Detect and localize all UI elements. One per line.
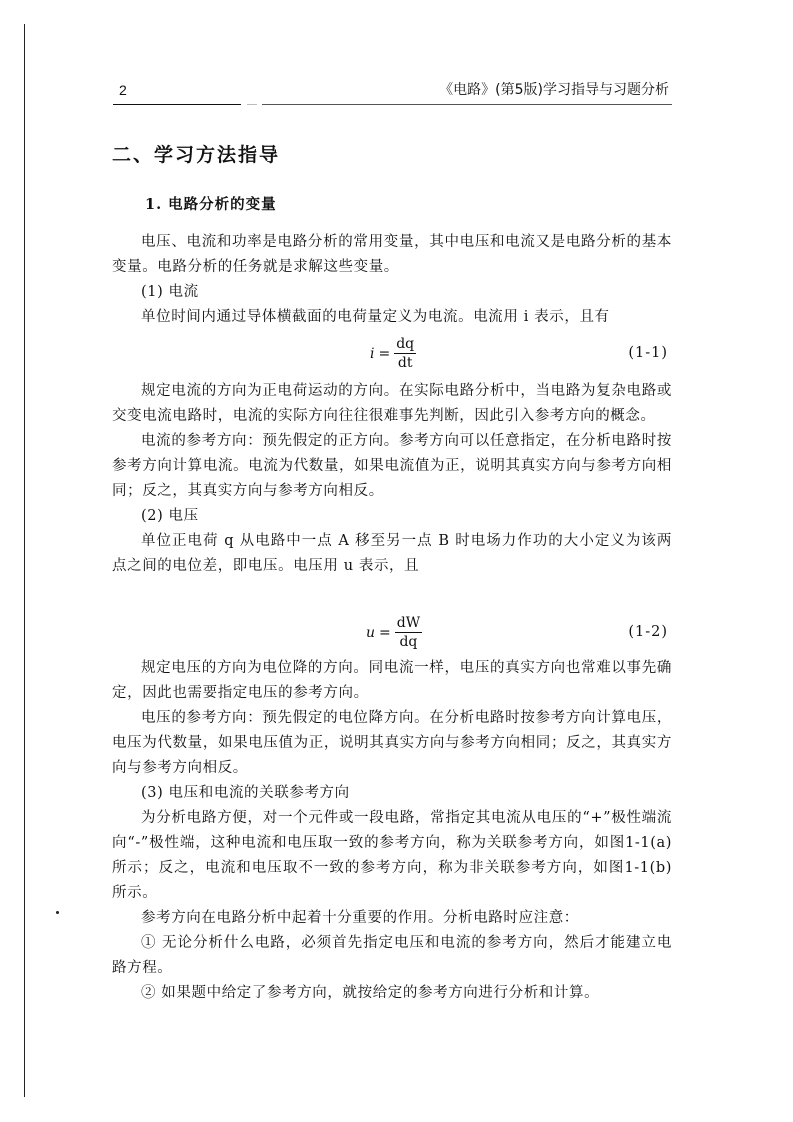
voltage-reference-paragraph: 电压的参考方向：预先假定的电位降方向。在分析电路时按参考方向计算电压，电压为代数… [112,706,672,781]
header-rule [262,104,672,105]
associated-label: (3) 电压和电流的关联参考方向 [112,781,672,806]
equation-body: i = dq dt [370,335,416,372]
note-1: ① 无论分析什么电路，必须首先指定电压和电流的参考方向，然后才能建立电路方程。 [112,931,672,981]
importance-paragraph: 参考方向在电路分析中起着十分重要的作用。分析电路时应注意： [112,906,672,931]
current-direction-paragraph: 规定电流的方向为正电荷运动的方向。在实际电路分析中，当电路为复杂电路或交变电流电… [112,379,672,429]
equation-1-2: u = dW dq (1-2) [112,612,672,656]
fraction-denominator: dq [397,633,419,651]
fraction: dq dt [394,335,416,372]
text-block-current: 电压、电流和功率是电路分析的常用变量，其中电压和电流又是电路分析的基本变量。电路… [112,230,672,330]
note-2: ② 如果题中给定了参考方向，就按给定的参考方向进行分析和计算。 [112,981,672,1006]
voltage-label: (2) 电压 [112,504,672,529]
fraction-numerator: dW [395,614,422,633]
equation-lhs: u [366,625,375,641]
page-number: 2 [119,82,127,98]
current-definition: 单位时间内通过导体横截面的电荷量定义为电流。电流用 i 表示，且有 [112,305,672,330]
fraction: dW dq [395,614,422,651]
page-margin-line [24,24,25,1097]
scan-speck [56,911,59,914]
text-block-voltage-direction: 规定电压的方向为电位降的方向。同电流一样，电压的真实方向也常难以事先确定，因此也… [112,656,672,1006]
equation-equals: = [378,346,390,362]
current-label: (1) 电流 [112,280,672,305]
fraction-denominator: dt [396,354,415,372]
associated-definition: 为分析电路方便，对一个元件或一段电路，常指定其电流从电压的“+”极性端流向“-”… [112,806,672,906]
intro-paragraph: 电压、电流和功率是电路分析的常用变量，其中电压和电流又是电路分析的基本变量。电路… [112,230,672,280]
equation-number: (1-2) [628,624,668,640]
equation-lhs: i [370,346,374,362]
equation-body: u = dW dq [366,614,422,651]
current-reference-paragraph: 电流的参考方向：预先假定的正方向。参考方向可以任意指定，在分析电路时按参考方向计… [112,429,672,504]
running-head: 《电路》(第5版)学习指导与习题分析 [439,79,669,99]
equation-number: (1-1) [628,345,668,361]
fraction-numerator: dq [394,335,416,354]
header-rule [113,104,241,105]
section-title: 二、学习方法指导 [112,140,280,167]
header-rule-fragment [247,104,257,105]
voltage-definition: 单位正电荷 q 从电路中一点 A 移至另一点 B 时电场力作功的大小定义为该两点… [112,529,672,579]
voltage-direction-paragraph: 规定电压的方向为电位降的方向。同电流一样，电压的真实方向也常难以事先确定，因此也… [112,656,672,706]
equation-equals: = [379,625,391,641]
subsection-title: 1. 电路分析的变量 [145,193,277,214]
text-block-current-direction: 规定电流的方向为正电荷运动的方向。在实际电路分析中，当电路为复杂电路或交变电流电… [112,379,672,579]
equation-1-1: i = dq dt (1-1) [112,333,672,377]
